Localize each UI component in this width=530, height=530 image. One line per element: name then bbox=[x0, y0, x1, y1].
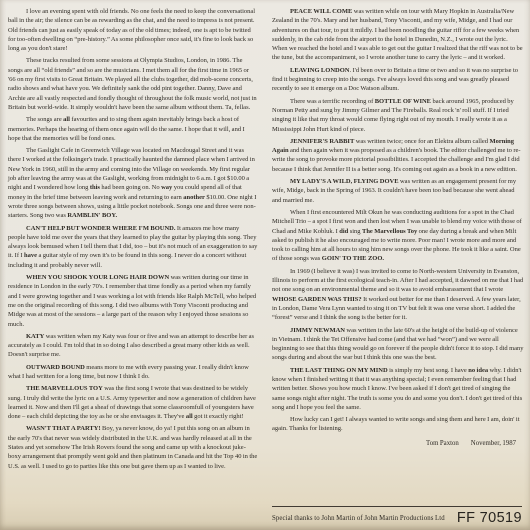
paragraph: KATY was written when my Katy was four o… bbox=[8, 332, 258, 360]
paragraph: In 1969 (I believe it was) I was invited… bbox=[272, 267, 524, 323]
signature-line: Tom Paxton November, 1987 bbox=[272, 439, 524, 448]
paragraph: JENNIFER'S RABBIT was written twice; onc… bbox=[272, 137, 524, 174]
footer: Special thanks to John Martin of John Ma… bbox=[272, 506, 522, 523]
paragraph: When I first encountered Milt Okun he wa… bbox=[272, 208, 524, 264]
right-column-paragraphs: PEACE WILL COME was written while on tou… bbox=[272, 7, 524, 434]
bold-run: KATY bbox=[26, 333, 44, 340]
bold-run: GOIN' TO THE ZOO. bbox=[322, 255, 384, 262]
paragraph: THE MARVELLOUS TOY was the first song I … bbox=[8, 384, 258, 421]
bold-run: THE LAST THING ON MY MIND bbox=[290, 367, 388, 374]
left-column: I love an evening spent with old friends… bbox=[8, 7, 258, 530]
paragraph: PEACE WILL COME was written while on tou… bbox=[272, 7, 524, 63]
right-column: PEACE WILL COME was written while on tou… bbox=[272, 7, 524, 530]
two-column-text: I love an evening spent with old friends… bbox=[8, 7, 524, 530]
bold-run: did bbox=[339, 228, 348, 235]
paragraph: These tracks resulted from some sessions… bbox=[8, 56, 258, 112]
signature-name: Tom Paxton bbox=[426, 439, 459, 448]
paragraph: I love an evening spent with old friends… bbox=[8, 7, 258, 53]
footer-row: Special thanks to John Martin of John Ma… bbox=[272, 514, 522, 523]
paragraph: WHEN YOU SHOOK YOUR LONG HAIR DOWN was w… bbox=[8, 273, 258, 329]
bold-run: WHEN YOU SHOOK YOUR LONG HAIR DOWN bbox=[26, 274, 169, 281]
bold-run: all bbox=[186, 413, 193, 420]
bold-run: OUTWARD BOUND bbox=[26, 364, 85, 371]
bold-run: another bbox=[183, 194, 205, 201]
paragraph: The songs are all favourites and to sing… bbox=[8, 115, 258, 143]
bold-run: way bbox=[161, 184, 172, 191]
paragraph: The Gaslight Cafe in Greenwich Village w… bbox=[8, 146, 258, 220]
bold-run: The Marvellous Toy bbox=[362, 228, 417, 235]
paragraph: WASN'T THAT A PARTY! Boy, ya never know,… bbox=[8, 424, 258, 470]
bold-run: THE MARVELLOUS TOY bbox=[26, 385, 103, 392]
bold-run: WASN'T THAT A PARTY! bbox=[26, 425, 101, 432]
paragraph: How lucky can I get! I always wanted to … bbox=[272, 415, 524, 434]
paragraph: OUTWARD BOUND means more to me with ever… bbox=[8, 363, 258, 382]
liner-notes-page: I love an evening spent with old friends… bbox=[0, 0, 530, 530]
bold-run: BOTTLE OF WINE bbox=[375, 98, 431, 105]
paragraph: There was a terrific recording of BOTTLE… bbox=[272, 97, 524, 134]
bold-run: all bbox=[63, 116, 70, 123]
paragraph: THE LAST THING ON MY MIND is simply my b… bbox=[272, 366, 524, 412]
paragraph: JIMMY NEWMAN was written in the late 60'… bbox=[272, 326, 524, 363]
bold-run: WHOSE GARDEN WAS THIS? bbox=[272, 296, 362, 303]
bold-run: JIMMY NEWMAN bbox=[290, 327, 345, 334]
bold-run: MY LADY'S A WILD, FLYING DOVE bbox=[290, 178, 399, 185]
paragraph: LEAVING LONDON. I'd been over to Britain… bbox=[272, 66, 524, 94]
bold-run: have bbox=[24, 252, 37, 259]
footer-divider bbox=[272, 506, 522, 507]
bold-run: RAMBLIN' BOY. bbox=[67, 212, 117, 219]
footer-thanks-text: Special thanks to John Martin of John Ma… bbox=[272, 514, 445, 523]
catalog-number: FF 70519 bbox=[457, 514, 522, 523]
bold-run: no idea bbox=[468, 367, 488, 374]
bold-run: PEACE WILL COME bbox=[290, 8, 352, 15]
paragraph: CAN'T HELP BUT WONDER WHERE I'M BOUND. I… bbox=[8, 224, 258, 270]
signature-date: November, 1987 bbox=[471, 439, 516, 448]
bold-run: this bbox=[90, 184, 100, 191]
bold-run: CAN'T HELP BUT WONDER WHERE I'M BOUND. bbox=[26, 225, 175, 232]
bold-run: JENNIFER'S RABBIT bbox=[290, 138, 354, 145]
bold-run: LEAVING LONDON bbox=[290, 67, 349, 74]
paragraph: MY LADY'S A WILD, FLYING DOVE was writte… bbox=[272, 177, 524, 205]
